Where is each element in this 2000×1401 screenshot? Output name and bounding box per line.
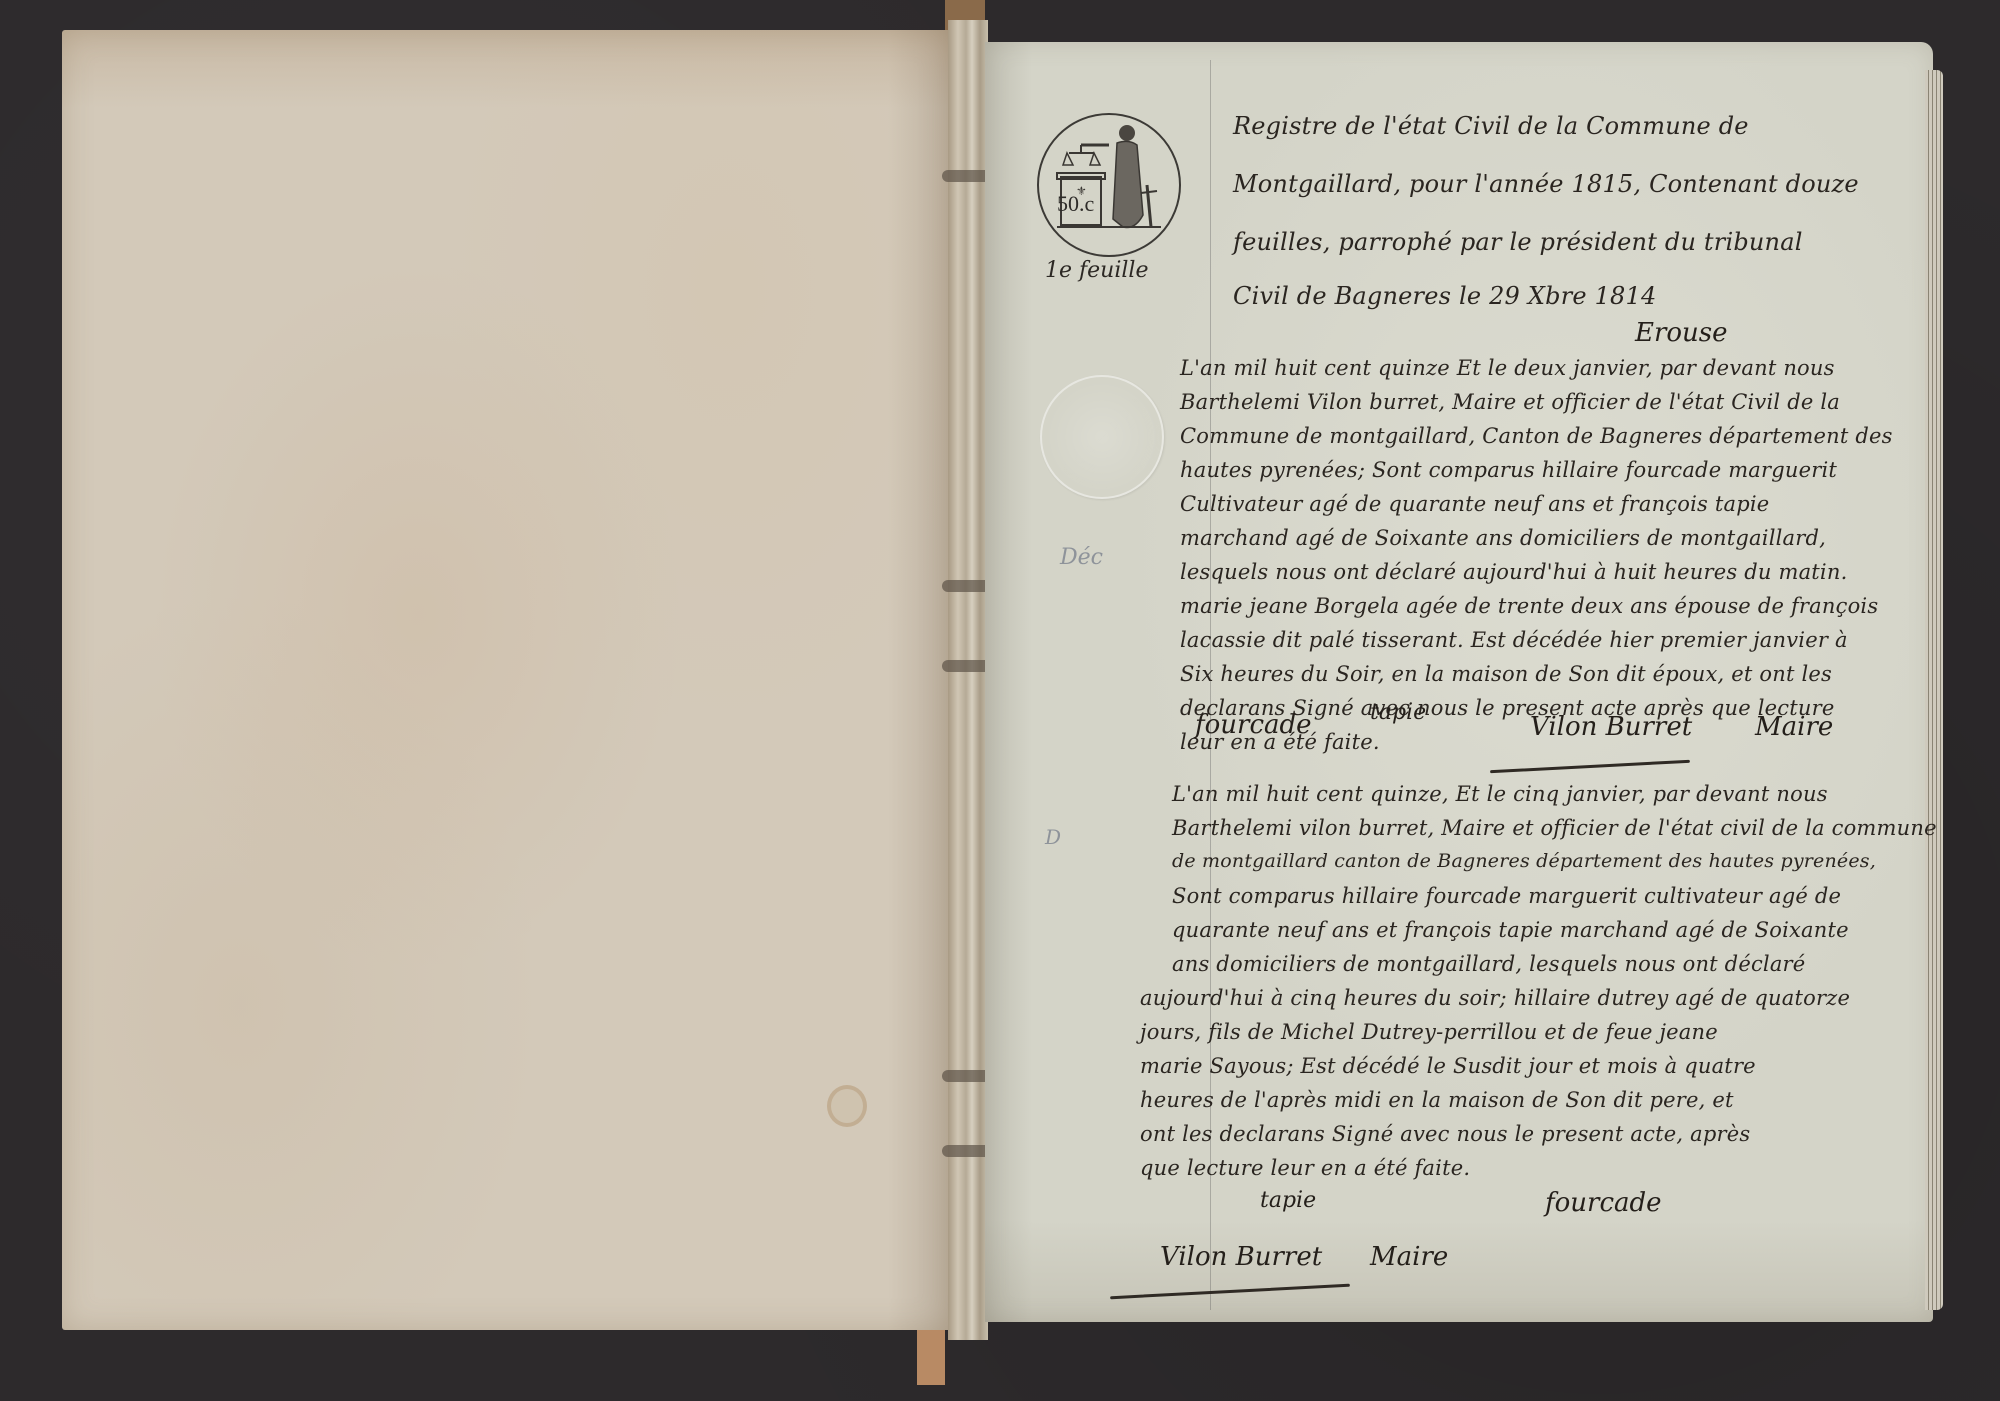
act2-line: jours, fils de Michel Dutrey-perrillou e… [1140,1020,1718,1044]
act2-line: marie Sayous; Est décédé le Susdit jour … [1140,1054,1756,1078]
left-page-blank [62,30,950,1330]
header-signature: Erouse [1635,318,1728,348]
signature-maire-label: Maire [1755,712,1833,742]
margin-note-d: D [1045,825,1061,849]
act1-line: hautes pyrenées; Sont comparus hillaire … [1180,458,1837,482]
signature-fourcade: fourcade [1195,710,1312,740]
act2-line: quarante neuf ans et françois tapie marc… [1172,918,1849,942]
signature-vilon-burret: Vilon Burret [1530,712,1692,742]
act2-line: Barthelemi vilon burret, Maire et offici… [1172,816,1937,840]
stamp-value: 50.c [1057,191,1094,217]
act1-line: marchand agé de Soixante ans domiciliers… [1180,526,1826,550]
act1-line: Commune de montgaillard, Canton de Bagne… [1180,424,1893,448]
stain [827,1085,867,1127]
act2-line: de montgaillard canton de Bagneres dépar… [1172,850,1876,872]
act1-line: marie jeane Borgela agée de trente deux … [1180,594,1878,618]
act2-line: ont les declarans Signé avec nous le pre… [1140,1122,1750,1146]
header-line: Registre de l'état Civil de la Commune d… [1233,112,1749,140]
header-line: feuilles, parrophé par le président du t… [1233,228,1803,256]
binding-spine [948,20,988,1340]
act2-line: Sont comparus hillaire fourcade margueri… [1172,884,1841,908]
act1-line: Cultivateur agé de quarante neuf ans et … [1180,492,1769,516]
margin-note-dec: Déc [1060,545,1103,570]
act2-line: heures de l'après midi en la maison de S… [1140,1088,1734,1112]
spine-bottom [917,1330,945,1385]
justice-figure-icon: ⚜ [1039,115,1179,255]
signature-tapie: tapie [1260,1188,1316,1213]
signature-tapie: tapie [1370,700,1426,725]
folio-note: 1e feuille [1045,258,1148,283]
act1-line: lacassie dit palé tisserant. Est décédée… [1180,628,1848,652]
signature-vilon-burret: Vilon Burret [1160,1242,1322,1272]
act1-line: lesquels nous ont déclaré aujourd'hui à … [1180,560,1847,584]
act1-line: L'an mil huit cent quinze Et le deux jan… [1180,356,1835,380]
page-edges [1925,70,1943,1310]
act2-line: ans domiciliers de montgaillard, lesquel… [1172,952,1805,976]
act2-line: que lecture leur en a été faite. [1140,1156,1470,1180]
act1-line: Six heures du Soir, en la maison de Son … [1180,662,1832,686]
header-line: Civil de Bagneres le 29 Xbre 1814 [1233,282,1656,310]
act1-line: Barthelemi Vilon burret, Maire et offici… [1180,390,1840,414]
act2-line: aujourd'hui à cinq heures du soir; hilla… [1140,986,1850,1010]
tax-stamp: ⚜ 50.c [1037,113,1181,257]
header-line: Montgaillard, pour l'année 1815, Contena… [1233,170,1859,198]
embossed-seal [1040,375,1164,499]
signature-maire-label: Maire [1370,1242,1448,1272]
signature-fourcade: fourcade [1545,1188,1662,1218]
act2-line: L'an mil huit cent quinze, Et le cinq ja… [1172,782,1828,806]
